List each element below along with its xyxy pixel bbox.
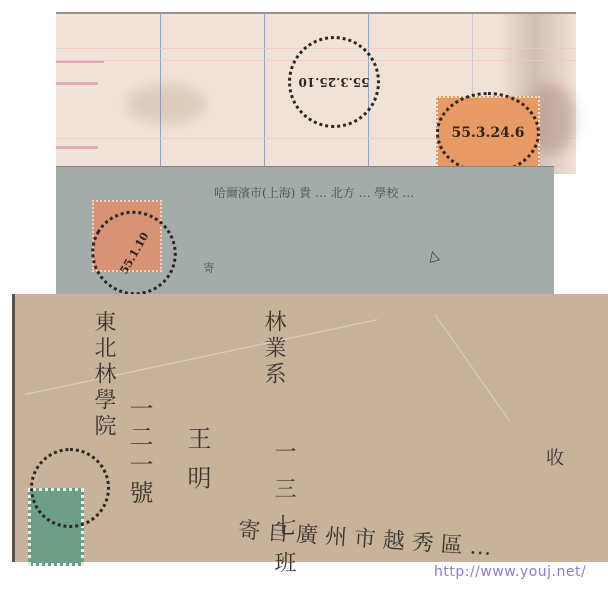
address-column-1: 東北林學院 — [88, 310, 119, 440]
postmark-date: 55.3.25.10 — [299, 75, 370, 89]
watermark-url: http://www.youj.net/ — [434, 564, 586, 580]
postmark-right: 55.3.24.6 — [436, 92, 540, 174]
address-column-3: 一二一號 — [122, 396, 157, 508]
address-column-5: 一 三 七 班 — [268, 440, 299, 577]
postmark-date: 55.1.10 — [117, 230, 151, 276]
receive-mark: 收 — [540, 448, 566, 470]
recipient-name: 王 明 — [180, 426, 215, 494]
crease — [25, 319, 377, 395]
middle-address: 哈爾濱市(上海) 貴 … 北方 … 學校 … — [214, 184, 414, 201]
address-column-2: 林業系 — [258, 310, 289, 388]
postmark-shanghai: 55.3.25.10 — [288, 36, 380, 128]
mark: 寄 — [202, 262, 215, 277]
postmark-date: 55.3.24.6 — [451, 125, 524, 141]
stain — [126, 84, 206, 124]
ledger-rule — [56, 82, 98, 85]
postmark-bottom — [30, 448, 110, 528]
crease — [435, 314, 510, 421]
middle-marks: 寄 — [200, 262, 216, 277]
ledger-rule — [56, 146, 98, 149]
ledger-rule — [264, 14, 265, 174]
